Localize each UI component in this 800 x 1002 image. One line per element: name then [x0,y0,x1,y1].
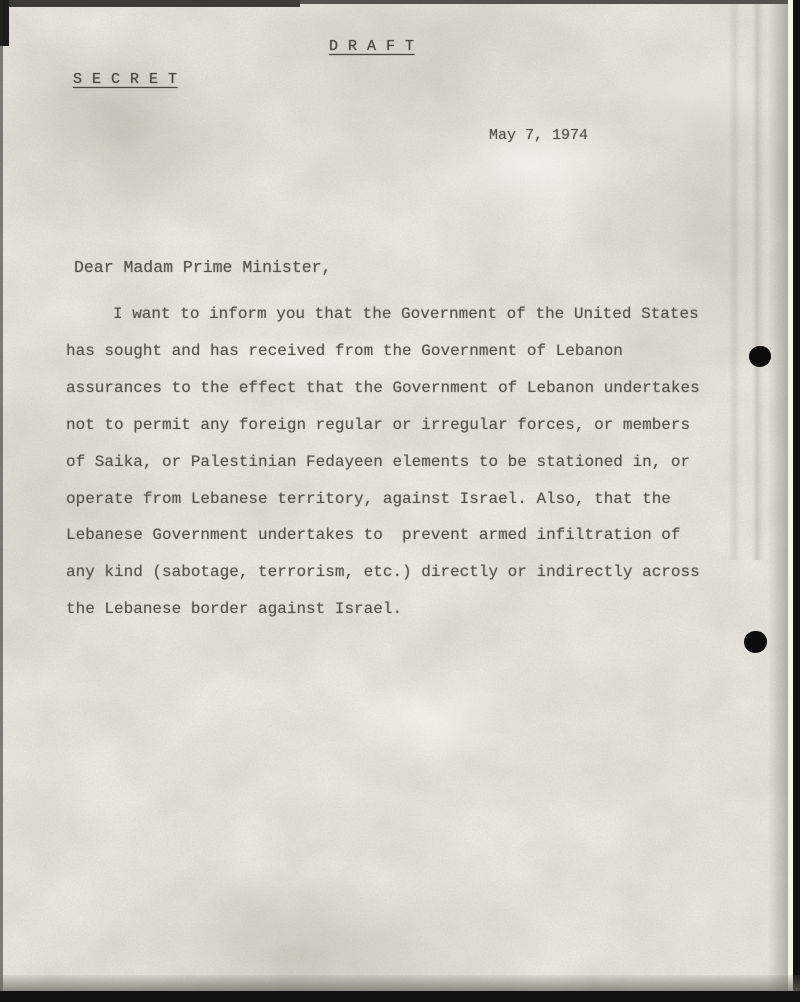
scan-edge-bottom-gray [0,975,800,991]
letter-date: May 7, 1974 [489,127,588,144]
body-line: the Lebanese border against Israel. [66,591,746,628]
body-line: has sought and has received from the Gov… [66,333,746,370]
scan-edge-top-left [0,0,300,7]
body-line: any kind (sabotage, terrorism, etc.) dir… [66,554,746,591]
letter-body: I want to inform you that the Government… [66,296,746,628]
body-line: I want to inform you that the Government… [66,296,746,333]
scan-edge-bottom [0,991,800,1002]
scan-corner-patch [0,0,9,46]
body-line: of Saika, or Palestinian Fedayeen elemen… [66,444,746,481]
hole-punch [749,346,771,367]
scan-edge-top [0,0,800,4]
body-line: assurances to the effect that the Govern… [66,370,746,407]
body-line: not to permit any foreign regular or irr… [66,407,746,444]
page-edge-highlight [788,0,793,1002]
scan-edge-right [793,0,800,1002]
draft-label: D R A F T [329,38,415,55]
hole-punch [744,631,767,653]
body-line: operate from Lebanese territory, against… [66,481,746,518]
salutation: Dear Madam Prime Minister, [74,258,331,277]
body-line: Lebanese Government undertakes to preven… [66,517,746,554]
scan-edge-left [0,0,3,1002]
classification-marking: S E C R E T [73,71,178,88]
page-edge-shadow [768,0,788,1002]
scanned-letter-page: D R A F T S E C R E T May 7, 1974 Dear M… [0,0,800,1002]
